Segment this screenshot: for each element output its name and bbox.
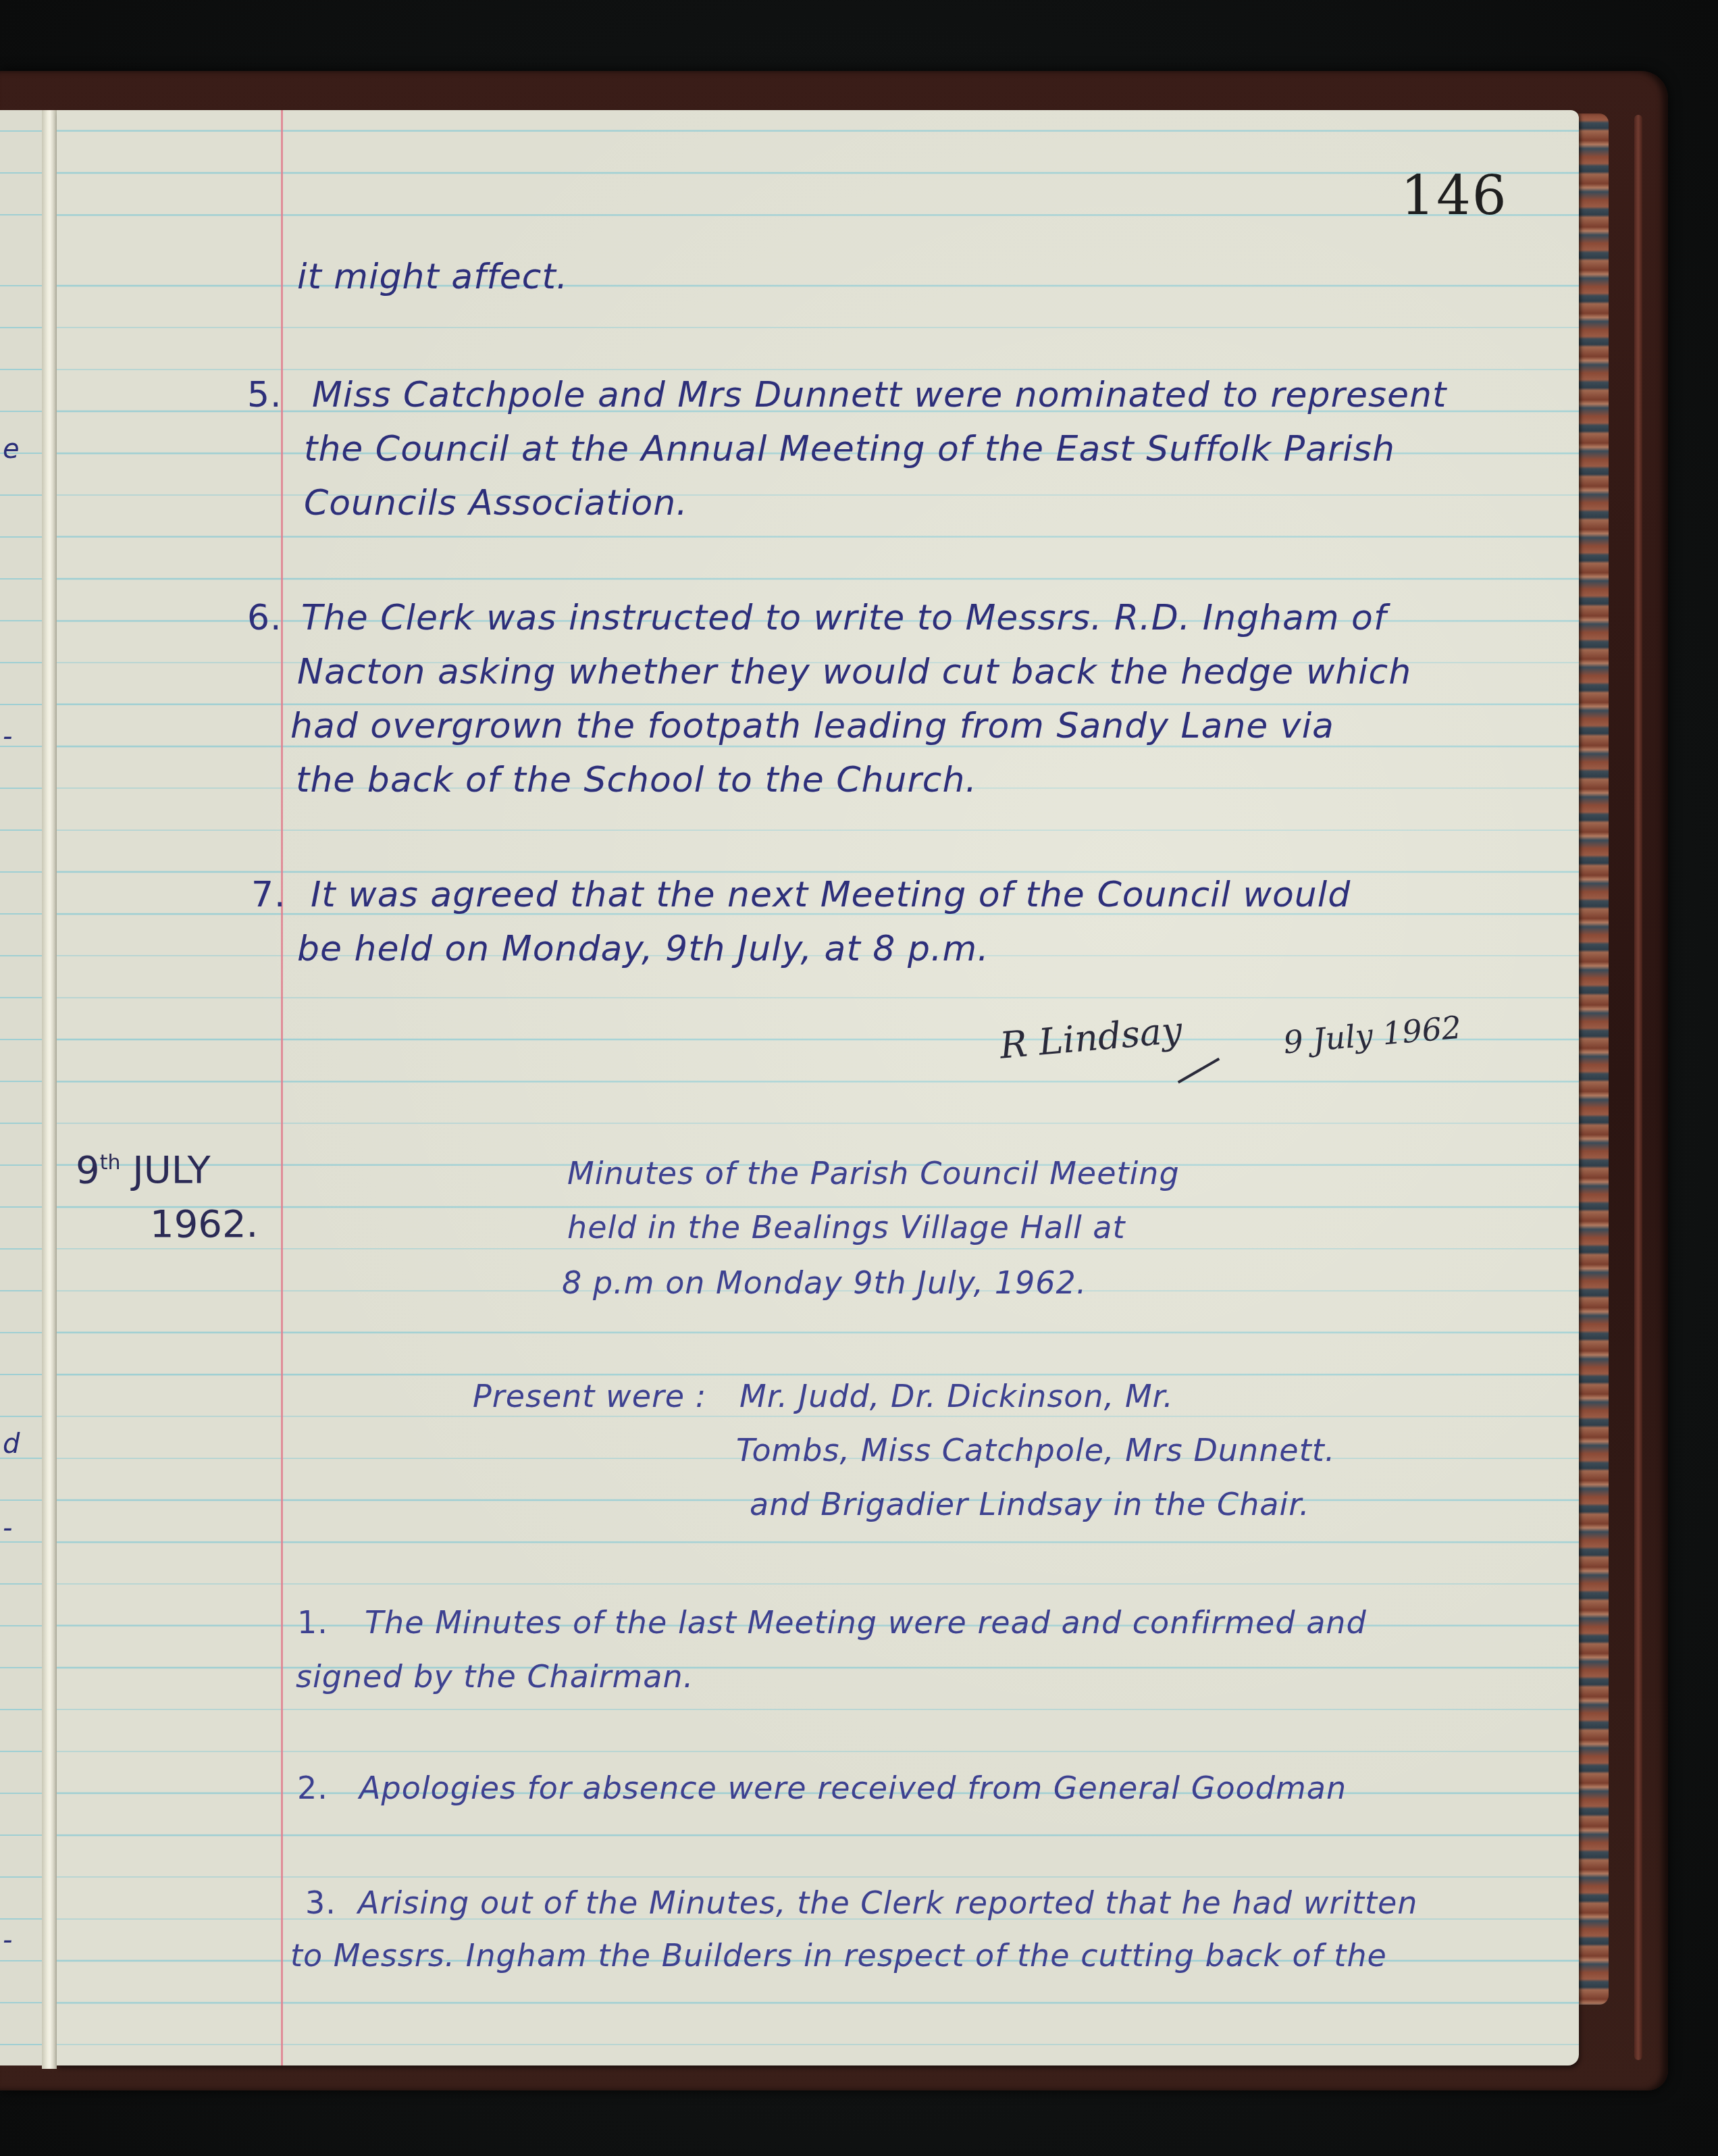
meeting-heading-line: Minutes of the Parish Council Meeting [567,1155,1180,1191]
facing-page-fragment: e [3,434,20,465]
item-line: It was agreed that the next Meeting of t… [311,875,1351,915]
item-line: The Clerk was instructed to write to Mes… [301,598,1386,638]
facing-page-fragment: - [3,1513,12,1544]
marbled-page-edge [1578,113,1609,2005]
item-line: Apologies for absence were received from… [359,1770,1347,1806]
facing-page-fragment: - [3,721,12,752]
attendee-line: and Brigadier Lindsay in the Chair. [750,1486,1310,1522]
item-number: 6. [247,598,282,638]
item-number: 1. [297,1604,328,1641]
item-line: to Messrs. Ingham the Builders in respec… [290,1937,1387,1974]
item-line: Arising out of the Minutes, the Clerk re… [358,1884,1417,1921]
item-line: signed by the Chairman. [296,1658,694,1695]
item-number: 5. [247,375,282,415]
continuation-text: it might affect. [297,257,568,297]
item-line: had overgrown the footpath leading from … [290,706,1334,746]
page-number: 146 [1401,164,1508,227]
item-line: the back of the School to the Church. [296,760,977,800]
item-line: the Council at the Annual Meeting of the… [304,429,1395,469]
item-line: Councils Association. [304,483,688,523]
attendee-line: Tombs, Miss Catchpole, Mrs Dunnett. [736,1432,1335,1468]
margin-date-day-month: 9th JULY [76,1148,211,1192]
item-number: 3. [305,1884,336,1921]
item-line: Nacton asking whether they would cut bac… [297,652,1411,692]
item-line: The Minutes of the last Meeting were rea… [365,1604,1367,1641]
facing-page-fragment: d [3,1429,20,1460]
attendee-line: Mr. Judd, Dr. Dickinson, Mr. [739,1378,1174,1414]
item-number: 2. [297,1770,328,1806]
item-number: 7. [251,875,286,915]
cover-edge [1634,115,1642,2060]
facing-page-fragment: - [3,1925,12,1956]
present-label: Present were : [473,1378,706,1414]
meeting-heading-line: 8 p.m on Monday 9th July, 1962. [562,1264,1087,1301]
item-line: be held on Monday, 9th July, at 8 p.m. [297,929,989,969]
meeting-heading-line: held in the Bealings Village Hall at [567,1209,1126,1246]
margin-date-year: 1962. [150,1202,258,1246]
item-line: Miss Catchpole and Mrs Dunnett were nomi… [312,375,1447,415]
binding-gutter [42,110,57,2069]
